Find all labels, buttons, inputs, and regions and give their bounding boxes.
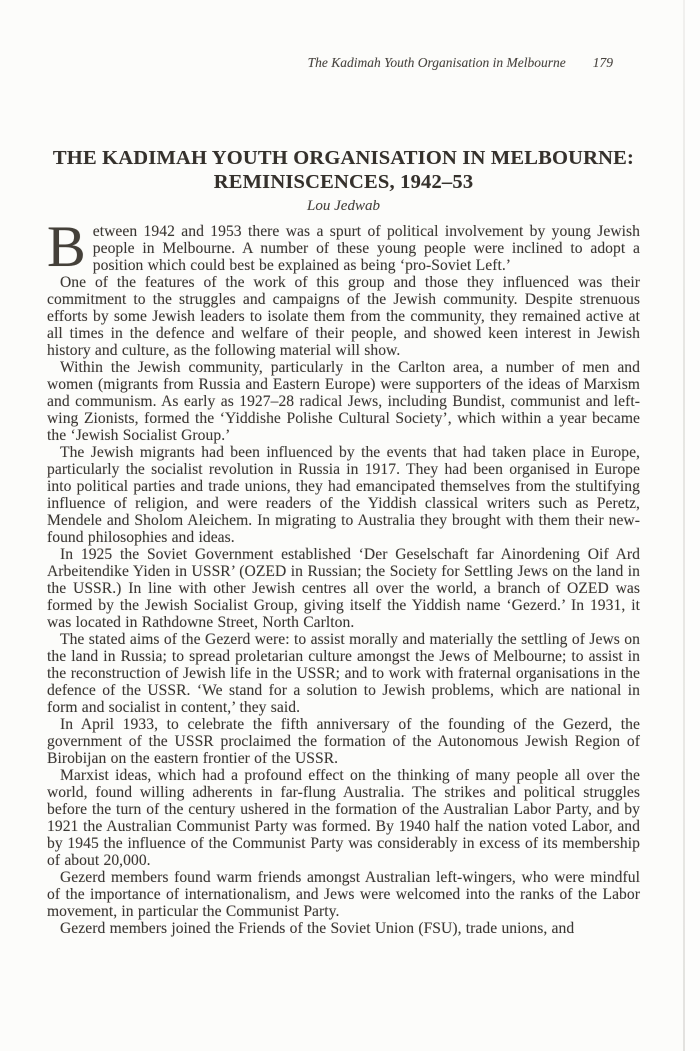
page-edge-margin (685, 0, 700, 1051)
title-line-1: THE KADIMAH YOUTH ORGANISATION IN MELBOU… (47, 146, 640, 170)
paragraph: Within the Jewish community, particularl… (47, 359, 640, 444)
paragraph: Gezerd members found warm friends amongs… (47, 869, 640, 920)
paragraph: The stated aims of the Gezerd were: to a… (47, 631, 640, 716)
paragraph: One of the features of the work of this … (47, 274, 640, 359)
running-head: The Kadimah Youth Organisation in Melbou… (47, 55, 613, 71)
title-line-2: REMINISCENCES, 1942–53 (47, 170, 640, 194)
paragraph: In 1925 the Soviet Government establishe… (47, 546, 640, 631)
byline: Lou Jedwab (47, 198, 640, 215)
paragraph: In April 1933, to celebrate the fifth an… (47, 716, 640, 767)
paragraph: Between 1942 and 1953 there was a spurt … (47, 223, 640, 274)
scanned-page: The Kadimah Youth Organisation in Melbou… (0, 0, 700, 1051)
paragraph: The Jewish migrants had been influenced … (47, 444, 640, 546)
article-title: THE KADIMAH YOUTH ORGANISATION IN MELBOU… (47, 146, 640, 194)
paragraph: Marxist ideas, which had a profound effe… (47, 767, 640, 869)
paragraph-text: etween 1942 and 1953 there was a spurt o… (93, 223, 640, 274)
running-head-title: The Kadimah Youth Organisation in Melbou… (308, 55, 566, 71)
page-number: 179 (593, 55, 613, 71)
article-body: Between 1942 and 1953 there was a spurt … (47, 223, 640, 937)
drop-cap: B (47, 223, 93, 269)
paragraph: Gezerd members joined the Friends of the… (47, 920, 640, 937)
